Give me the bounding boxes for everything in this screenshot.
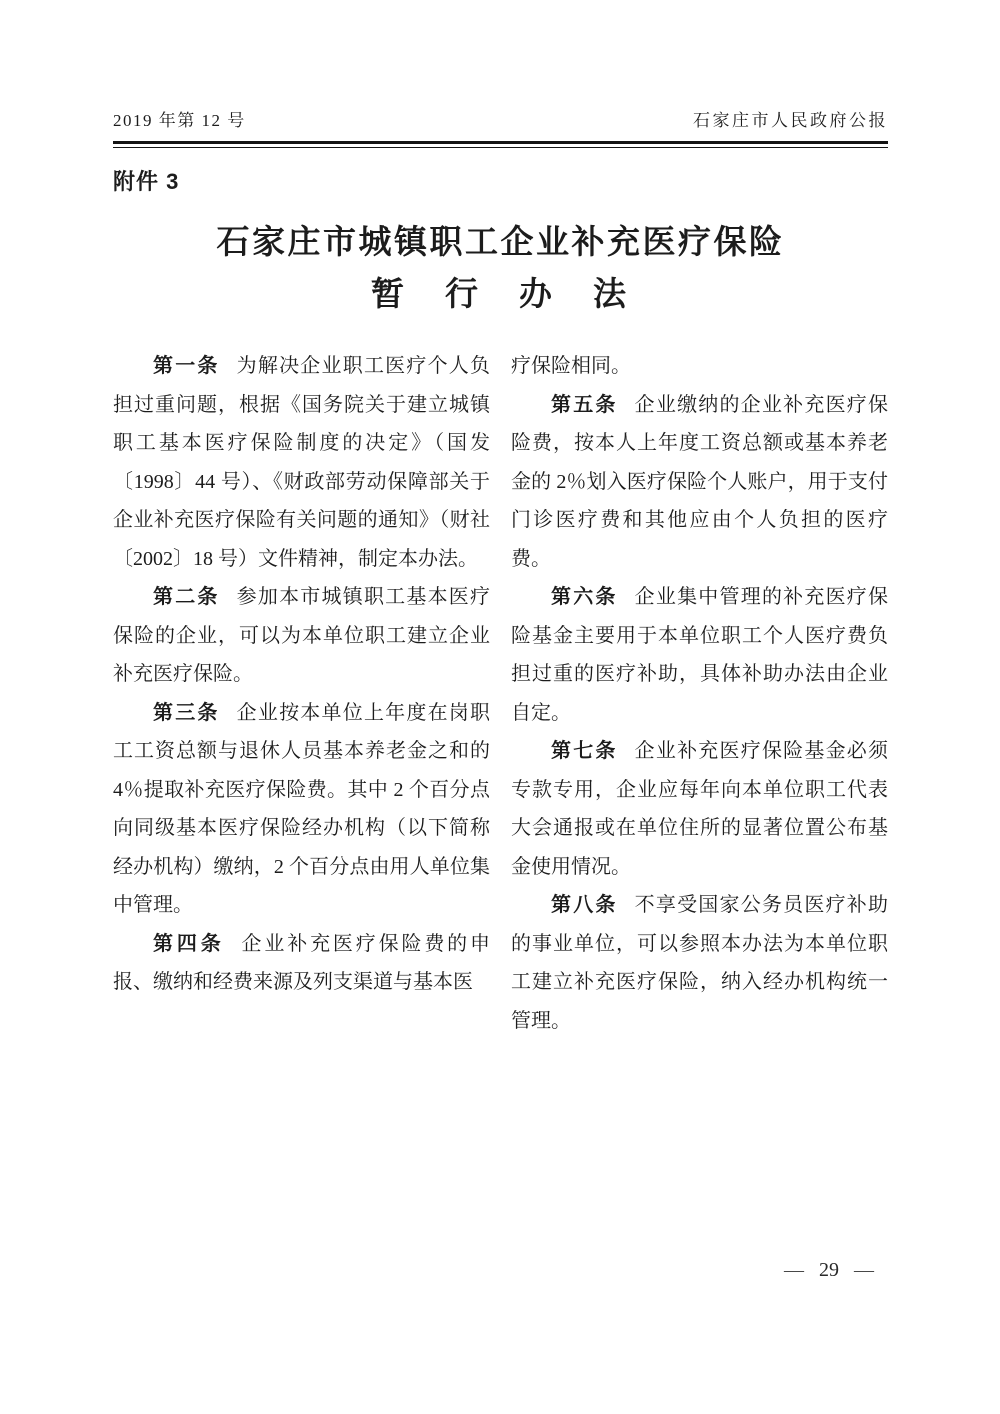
article-1: 第一条为解决企业职工医疗个人负担过重问题，根据《国务院关于建立城镇职工基本医疗保… [113, 347, 490, 578]
article-5: 第五条企业缴纳的企业补充医疗保险费，按本人上年度工资总额或基本养老金的 2％划入… [511, 386, 888, 579]
article-5-text: 企业缴纳的企业补充医疗保险费，按本人上年度工资总额或基本养老金的 2％划入医疗保… [511, 394, 888, 570]
gazette-page: 2019 年第 12 号 石家庄市人民政府公报 附件 3 石家庄市城镇职工企业补… [0, 0, 1000, 1414]
article-3-text: 企业按本单位上年度在岗职工工资总额与退休人员基本养老金之和的4％提取补充医疗保险… [113, 702, 490, 917]
article-6: 第六条企业集中管理的补充医疗保险基金主要用于本单位职工个人医疗费负担过重的医疗补… [511, 578, 888, 732]
document-title: 石家庄市城镇职工企业补充医疗保险 暂 行 办 法 [113, 217, 888, 321]
article-3: 第三条企业按本单位上年度在岗职工工资总额与退休人员基本养老金之和的4％提取补充医… [113, 694, 490, 925]
article-2-label: 第二条 [153, 586, 220, 608]
article-4: 第四条企业补充医疗保险费的申报、缴纳和经费来源及列支渠道与基本医 [113, 925, 490, 1002]
document-body: 第一条为解决企业职工医疗个人负担过重问题，根据《国务院关于建立城镇职工基本医疗保… [113, 347, 888, 1040]
title-line-2: 暂 行 办 法 [113, 269, 888, 321]
article-4-continuation-text: 疗保险相同。 [511, 355, 631, 377]
footer-dash-left: — [784, 1258, 804, 1282]
article-1-label: 第一条 [153, 355, 220, 377]
article-2: 第二条参加本市城镇职工基本医疗保险的企业，可以为本单位职工建立企业补充医疗保险。 [113, 578, 490, 694]
attachment-label: 附件 3 [113, 169, 888, 195]
article-5-label: 第五条 [551, 394, 618, 416]
left-column: 第一条为解决企业职工医疗个人负担过重问题，根据《国务院关于建立城镇职工基本医疗保… [113, 347, 490, 1040]
article-7-label: 第七条 [551, 740, 618, 762]
page-number: 29 [819, 1258, 839, 1282]
page-footer: — 29 — [784, 1258, 874, 1282]
article-4-label: 第四条 [153, 933, 225, 955]
article-1-text: 为解决企业职工医疗个人负担过重问题，根据《国务院关于建立城镇职工基本医疗保险制度… [113, 355, 490, 570]
title-line-1: 石家庄市城镇职工企业补充医疗保险 [113, 217, 888, 269]
right-column: 疗保险相同。 第五条企业缴纳的企业补充医疗保险费，按本人上年度工资总额或基本养老… [511, 347, 888, 1040]
header-double-rule [113, 141, 888, 148]
header-publication-name: 石家庄市人民政府公报 [693, 112, 888, 130]
footer-dash-right: — [854, 1258, 874, 1282]
page-content: 2019 年第 12 号 石家庄市人民政府公报 附件 3 石家庄市城镇职工企业补… [113, 0, 888, 1040]
article-3-label: 第三条 [153, 702, 220, 724]
article-8-label: 第八条 [551, 894, 618, 916]
article-7: 第七条企业补充医疗保险基金必须专款专用，企业应每年向本单位职工代表大会通报或在单… [511, 732, 888, 886]
page-header: 2019 年第 12 号 石家庄市人民政府公报 [113, 112, 888, 130]
article-4-continuation: 疗保险相同。 [511, 347, 888, 386]
article-6-label: 第六条 [551, 586, 618, 608]
article-8: 第八条不享受国家公务员医疗补助的事业单位，可以参照本办法为本单位职工建立补充医疗… [511, 886, 888, 1040]
header-issue-number: 2019 年第 12 号 [113, 112, 246, 130]
